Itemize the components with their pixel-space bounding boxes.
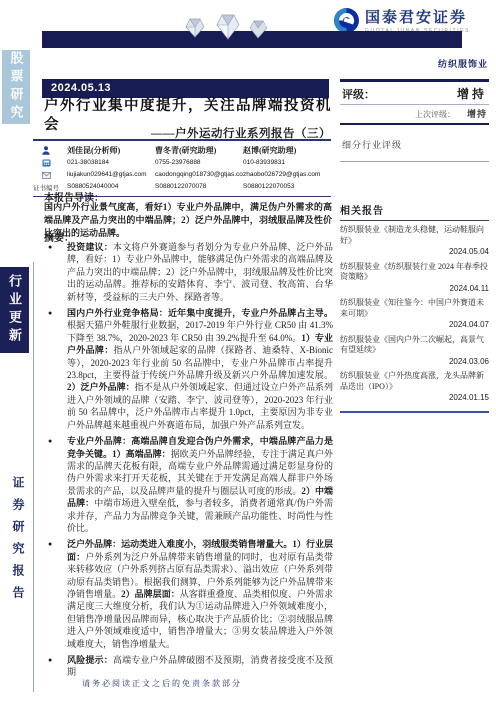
rating-panel: 评级： 增持 上次评级： 增持 细分行业评级 xyxy=(340,79,489,162)
diamond-jewelry-image xyxy=(170,13,282,53)
envelope-icon xyxy=(33,169,67,181)
related-report-item: 纺织服装业《知往鉴今：中国户外赛道未来可期》 2024.04.07 xyxy=(340,298,489,331)
analyst-phone: 021-38038184 xyxy=(67,157,155,169)
bullet-text: 风险提示：高端专业户外品牌破圈不及预期，消费者接受度不及预期 xyxy=(67,655,333,677)
rating-value: 增持 xyxy=(457,85,487,102)
brand-logo: 国泰君安证券 GUOTAI JUNAN SECURITIES xyxy=(333,6,470,34)
related-report-date: 2024.05.04 xyxy=(340,247,489,258)
summary-bullet: ● 专业户外品牌：高端品牌自发迎合伪户外需求，中端品牌产品力是竞争关键。1）高端… xyxy=(44,435,333,534)
related-report-title: 纺织服装业《国内户外二次崛起，高景气有望延续》 xyxy=(340,335,489,356)
analyst-column: 刘佳昆(分析师) 021-38038184 liujiakun029641@gt… xyxy=(67,144,155,193)
bullet-marker-icon: ● xyxy=(48,538,52,550)
analyst-phone: 0755-23976888 xyxy=(155,157,243,169)
related-report-title: 纺织服装业《制造龙头稳健，运动鞋服向好》 xyxy=(340,225,489,246)
sub-industry-rating-label: 细分行业评级 xyxy=(340,138,489,162)
related-reports-heading: 相关报告 xyxy=(340,202,489,221)
related-report-title: 纺织服装业《纺织服装行业 2024 年春季投资策略》 xyxy=(340,262,489,283)
related-reports-list: 纺织服装业《制造龙头稳健，运动鞋服向好》 2024.05.04 纺织服装业《纺织… xyxy=(340,225,489,404)
related-report-date: 2024.03.06 xyxy=(340,357,489,368)
related-report-item: 纺织服装业《国内户外二次崛起，高景气有望延续》 2024.03.06 xyxy=(340,335,489,368)
analyst-email: liujiakun029641@gtjas.com xyxy=(67,169,155,181)
analyst-email: zhaobo026729@gtjas.com xyxy=(243,169,331,181)
bullet-text: 投资建议：本文将户外赛道参与者划分为专业户外品牌、泛户外品牌，看好：1）专业户外… xyxy=(67,242,333,302)
analyst-name: 曹冬青(研究助理) xyxy=(155,144,243,157)
previous-rating-label: 上次评级： xyxy=(415,109,455,120)
analyst-cert-number: S0880122070078 xyxy=(155,181,243,193)
related-reports-bottom-rule xyxy=(340,411,489,413)
analyst-cert-number: S0880122070053 xyxy=(243,181,331,193)
report-date: 2024.05.13 xyxy=(42,79,329,98)
related-report-title: 纺织服装业《户外热度高涨，龙头品牌新品迭出（IPO）》 xyxy=(340,371,489,392)
summary-bullet: ● 国内户外行业竞争格局：近年集中度提升，专业户外品牌占主导。根据天猫户外鞋服行… xyxy=(44,307,333,431)
bullet-marker-icon: ● xyxy=(48,241,52,253)
summary-bullet: ● 泛户外品牌：运动类进入难度小，羽绒服类销售增量大。1）行业层面：户外系列为泛… xyxy=(44,538,333,650)
disclaimer-text: 请务必阅读正文之后的免责条款部分 xyxy=(82,678,242,689)
brand-name: 国泰君安证券 xyxy=(365,6,470,27)
related-report-date: 2024.04.07 xyxy=(340,320,489,331)
industry-update-label: 行业更新 xyxy=(5,274,24,346)
analyst-phone: 010-83939831 xyxy=(243,157,331,169)
related-report-title: 纺织服装业《知往鉴今：中国户外赛道未来可期》 xyxy=(340,298,489,319)
sidebar-stock-research-tab: 股票研究 xyxy=(2,50,30,124)
bullet-text: 泛户外品牌：运动类进入难度小，羽绒服类销售增量大。1）行业层面：户外系列为泛户外… xyxy=(67,539,333,648)
previous-rating-value: 增持 xyxy=(467,107,487,120)
analyst-name: 刘佳昆(分析师) xyxy=(67,144,155,157)
lead-section-text: 国内户外行业景气度高，看好1）专业户外品牌中，满足伪户外需求的高端品牌及产品力突… xyxy=(44,201,332,240)
industry-category-label: 纺织服饰业 xyxy=(340,57,488,70)
research-report-page: 股票研究 行业更新 证券研究报告 国泰君安证券 GUOTAI JUNAN SEC… xyxy=(0,0,496,701)
analyst-email: caodongqing018730@gtjas.com xyxy=(155,169,243,181)
rating-label: 评级： xyxy=(342,86,375,102)
left-vertical-rule xyxy=(33,262,34,692)
stock-research-label: 股票研究 xyxy=(7,51,26,123)
bullet-marker-icon: ● xyxy=(48,307,52,319)
bullet-marker-icon: ● xyxy=(48,435,52,447)
analyst-column: 赵博(研究助理) 010-83939831 zhaobo026729@gtjas… xyxy=(243,144,331,193)
brand-logo-icon xyxy=(333,7,360,34)
bullet-text: 专业户外品牌：高端品牌自发迎合伪户外需求，中端品牌产品力是竞争关键。1）高端品牌… xyxy=(67,436,333,533)
sidebar-industry-update-tab: 行业更新 xyxy=(0,267,29,353)
analyst-table-icon-column: 证书编号 xyxy=(33,144,67,193)
summary-bullet: ● 风险提示：高端专业户外品牌破圈不及预期，消费者接受度不及预期 xyxy=(44,654,333,679)
related-report-date: 2024.01.15 xyxy=(340,393,489,404)
analyst-column: 曹冬青(研究助理) 0755-23976888 caodongqing01873… xyxy=(155,144,243,193)
person-icon xyxy=(33,144,67,157)
related-report-item: 纺织服装业《户外热度高涨，龙头品牌新品迭出（IPO）》 2024.01.15 xyxy=(340,371,489,404)
bullet-text: 国内户外行业竞争格局：近年集中度提升，专业户外品牌占主导。根据天猫户外鞋服行业数… xyxy=(67,308,333,430)
related-report-item: 纺织服装业《纺织服装行业 2024 年春季投资策略》 2024.04.11 xyxy=(340,262,489,295)
analyst-name: 赵博(研究助理) xyxy=(243,144,331,157)
securities-research-report-label: 证券研究报告 xyxy=(10,476,27,608)
related-report-item: 纺织服装业《制造龙头稳健，运动鞋服向好》 2024.05.04 xyxy=(340,225,489,258)
bullet-marker-icon: ● xyxy=(48,654,52,666)
phone-icon xyxy=(33,157,67,169)
related-report-date: 2024.04.11 xyxy=(340,284,489,295)
related-reports-panel: 相关报告 纺织服装业《制造龙头稳健，运动鞋服向好》 2024.05.04 纺织服… xyxy=(340,202,489,413)
summary-bullet: ● 投资建议：本文将户外赛道参与者划分为专业户外品牌、泛户外品牌，看好：1）专业… xyxy=(44,241,333,303)
summary-bullets: ● 投资建议：本文将户外赛道参与者划分为专业户外品牌、泛户外品牌，看好：1）专业… xyxy=(44,241,333,683)
